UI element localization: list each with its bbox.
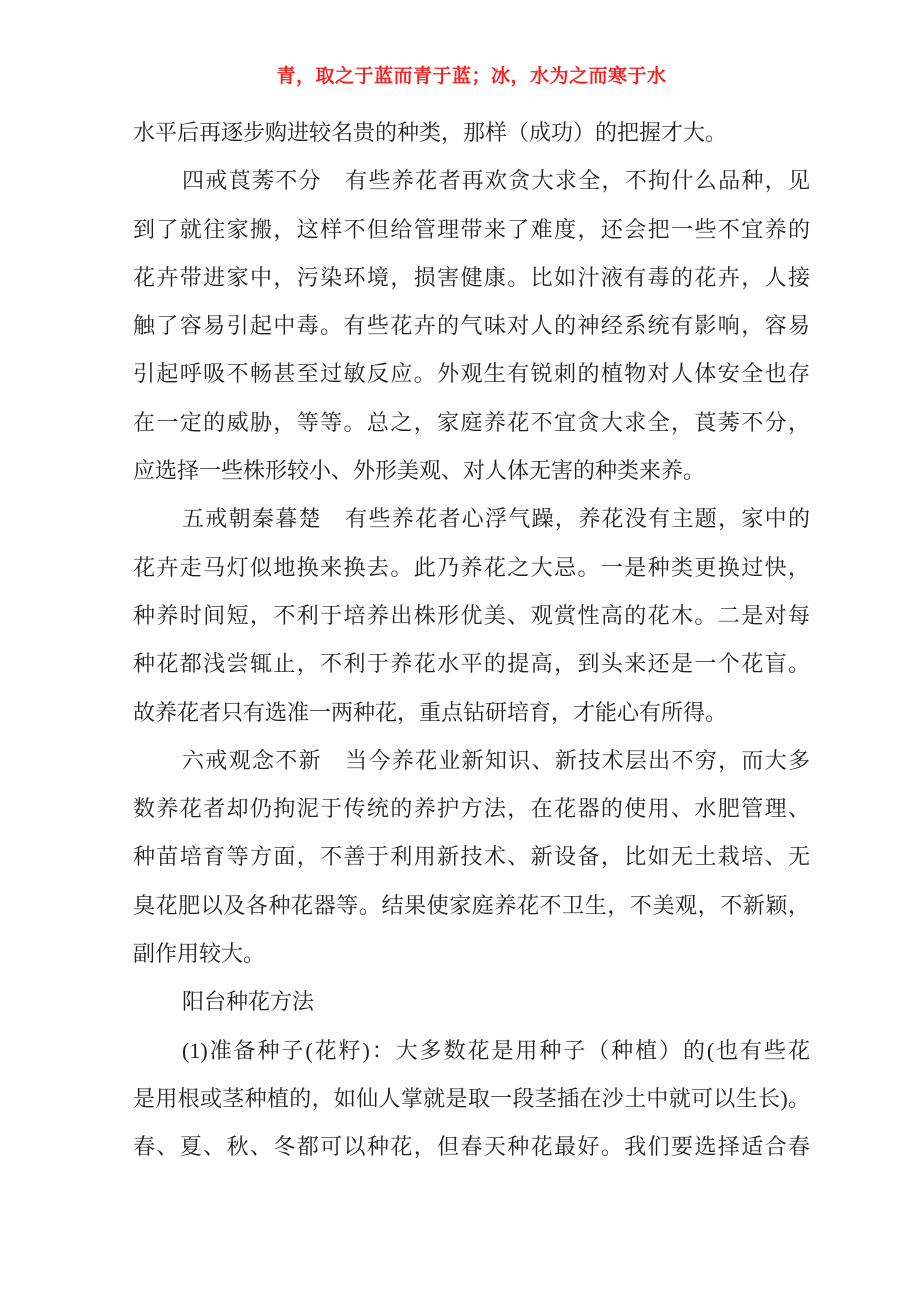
text-line: 六戒观念不新 当今养花业新知识、新技术层出不穷，而大多: [133, 737, 810, 785]
text-line: 五戒朝秦暮楚 有些养花者心浮气躁，养花没有主题，家中的: [133, 495, 810, 543]
text-line: 春、夏、秋、冬都可以种花，但春天种花最好。我们要选择适合春: [133, 1123, 810, 1171]
text-line: 故养花者只有选准一两种花，重点钻研培育，才能心有所得。: [133, 689, 810, 737]
text-line: 在一定的威胁，等等。总之，家庭养花不宜贪大求全，莨莠不分，: [133, 399, 810, 447]
text-line: 种花都浅尝辄止，不利于养花水平的提高，到头来还是一个花盲。: [133, 640, 810, 688]
text-line: 臭花肥以及各种花器等。结果使家庭养花不卫生，不美观，不新颖，: [133, 882, 810, 930]
text-line: 花卉走马灯似地换来换去。此乃养花之大忌。一是种类更换过快，: [133, 544, 810, 592]
header-quote: 青，取之于蓝而青于蓝；冰，水为之而寒于水: [133, 64, 810, 90]
document-page: 青，取之于蓝而青于蓝；冰，水为之而寒于水 水平后再逐步购进较名贵的种类，那样（成…: [0, 0, 920, 1302]
text-line: 种苗培育等方面，不善于利用新技术、新设备，比如无土栽培、无: [133, 833, 810, 881]
text-line: 数养花者却仍拘泥于传统的养护方法，在花器的使用、水肥管理、: [133, 785, 810, 833]
text-line: 是用根或茎种植的，如仙人掌就是取一段茎插在沙土中就可以生长)。: [133, 1075, 810, 1123]
text-line: 应选择一些株形较小、外形美观、对人体无害的种类来养。: [133, 447, 810, 495]
text-line: 到了就往家搬，这样不但给管理带来了难度，还会把一些不宜养的: [133, 206, 810, 254]
document-body: 水平后再逐步购进较名贵的种类，那样（成功）的把握才大。四戒莨莠不分 有些养花者再…: [133, 109, 810, 1172]
text-line: 种养时间短，不利于培养出株形优美、观赏性高的花木。二是对每: [133, 592, 810, 640]
text-line: 引起呼吸不畅甚至过敏反应。外观生有锐刺的植物对人体安全也存: [133, 350, 810, 398]
text-line: 阳台种花方法: [133, 978, 810, 1026]
text-line: 花卉带进家中，污染环境，损害健康。比如汁液有毒的花卉，人接: [133, 254, 810, 302]
text-line: (1)准备种子(花籽)：大多数花是用种子（种植）的(也有些花: [133, 1027, 810, 1075]
text-line: 触了容易引起中毒。有些花卉的气味对人的神经系统有影响，容易: [133, 302, 810, 350]
text-line: 水平后再逐步购进较名贵的种类，那样（成功）的把握才大。: [133, 109, 810, 157]
text-line: 副作用较大。: [133, 930, 810, 978]
text-line: 四戒莨莠不分 有些养花者再欢贪大求全，不拘什么品种，见: [133, 157, 810, 205]
